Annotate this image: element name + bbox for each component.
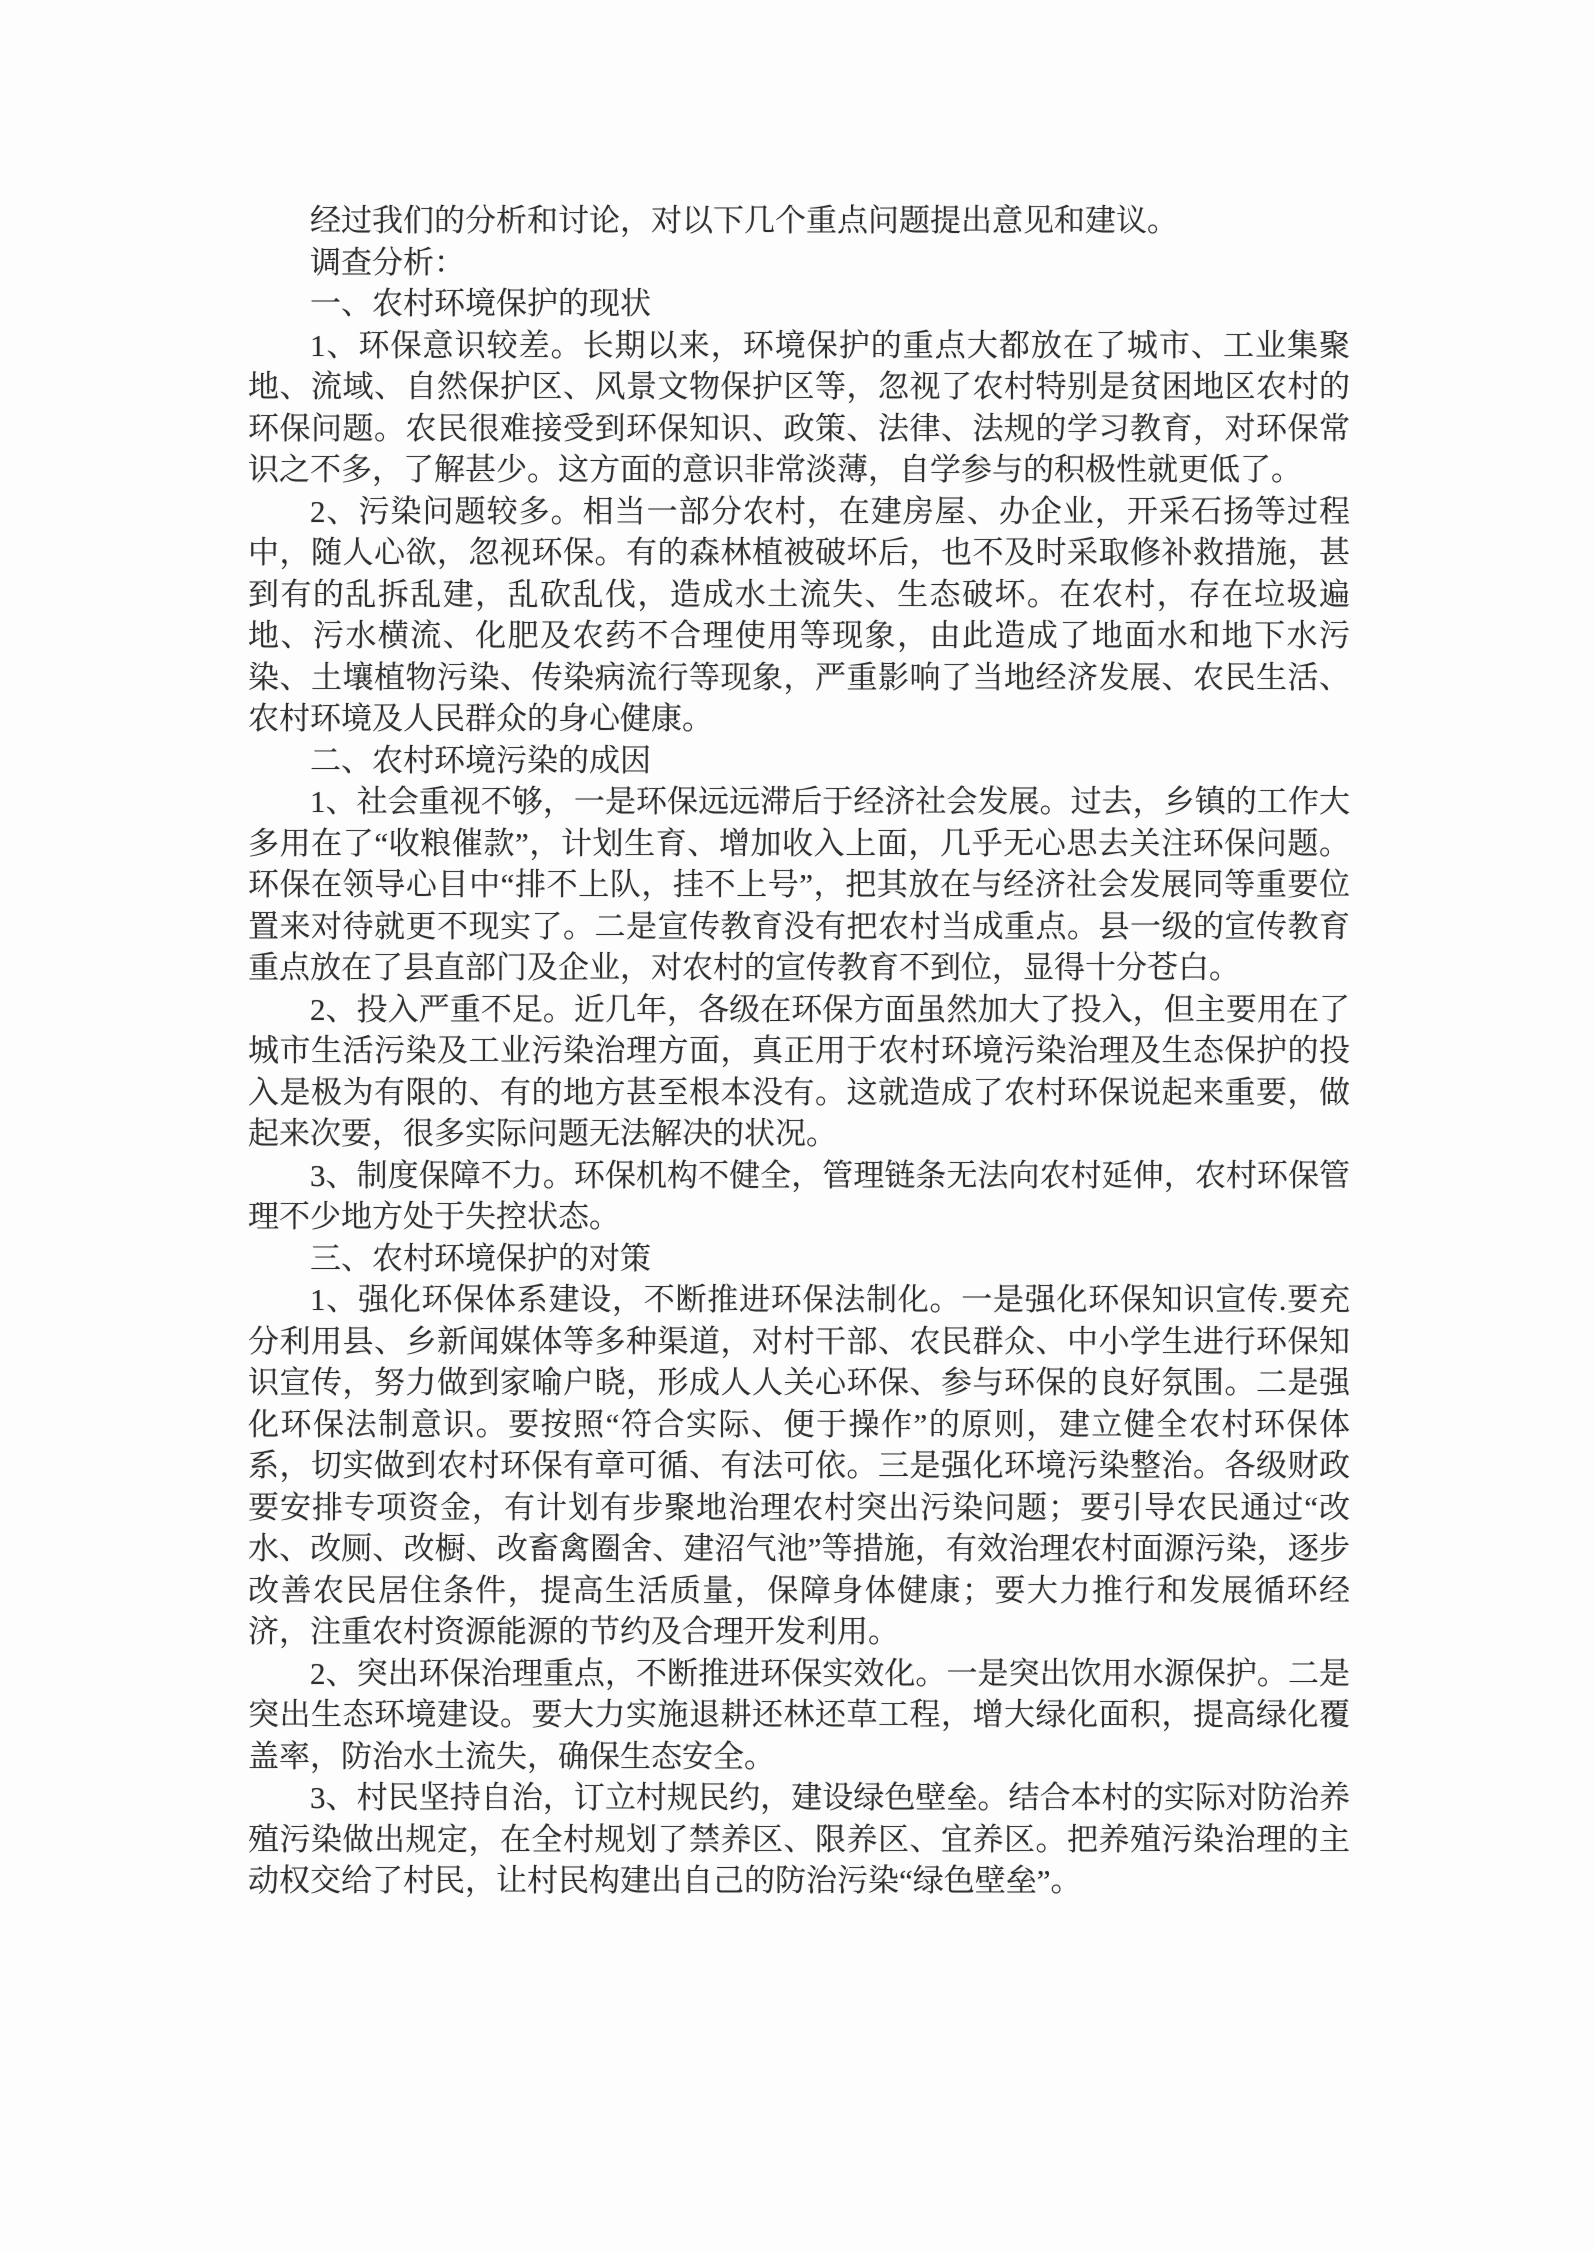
paragraph: 调查分析： — [248, 242, 1350, 284]
paragraph: 2、投入严重不足。近几年，各级在环保方面虽然加大了投入，但主要用在了城市生活污染… — [248, 989, 1350, 1155]
paragraph: 1、社会重视不够，一是环保远远滞后于经济社会发展。过去，乡镇的工作大多用在了“收… — [248, 781, 1350, 989]
paragraph: 经过我们的分析和讨论，对以下几个重点问题提出意见和建议。 — [248, 200, 1350, 242]
paragraph: 二、农村环境污染的成因 — [248, 740, 1350, 782]
paragraph: 3、制度保障不力。环保机构不健全，管理链条无法向农村延伸，农村环保管理不少地方处… — [248, 1155, 1350, 1238]
paragraph: 一、农村环境保护的现状 — [248, 283, 1350, 325]
paragraph: 2、突出环保治理重点，不断推进环保实效化。一是突出饮用水源保护。二是突出生态环境… — [248, 1653, 1350, 1778]
document-page: 经过我们的分析和讨论，对以下几个重点问题提出意见和建议。调查分析：一、农村环境保… — [0, 0, 1594, 2252]
paragraph: 3、村民坚持自治，订立村规民约，建设绿色壁垒。结合本村的实际对防治养殖污染做出规… — [248, 1777, 1350, 1902]
paragraph: 三、农村环境保护的对策 — [248, 1238, 1350, 1280]
paragraph: 1、强化环保体系建设，不断推进环保法制化。一是强化环保知识宣传.要充分利用县、乡… — [248, 1279, 1350, 1653]
paragraph: 1、环保意识较差。长期以来，环境保护的重点大都放在了城市、工业集聚地、流域、自然… — [248, 325, 1350, 491]
document-text: 经过我们的分析和讨论，对以下几个重点问题提出意见和建议。调查分析：一、农村环境保… — [248, 200, 1350, 1902]
paragraph: 2、污染问题较多。相当一部分农村，在建房屋、办企业，开采石扬等过程中，随人心欲，… — [248, 491, 1350, 740]
